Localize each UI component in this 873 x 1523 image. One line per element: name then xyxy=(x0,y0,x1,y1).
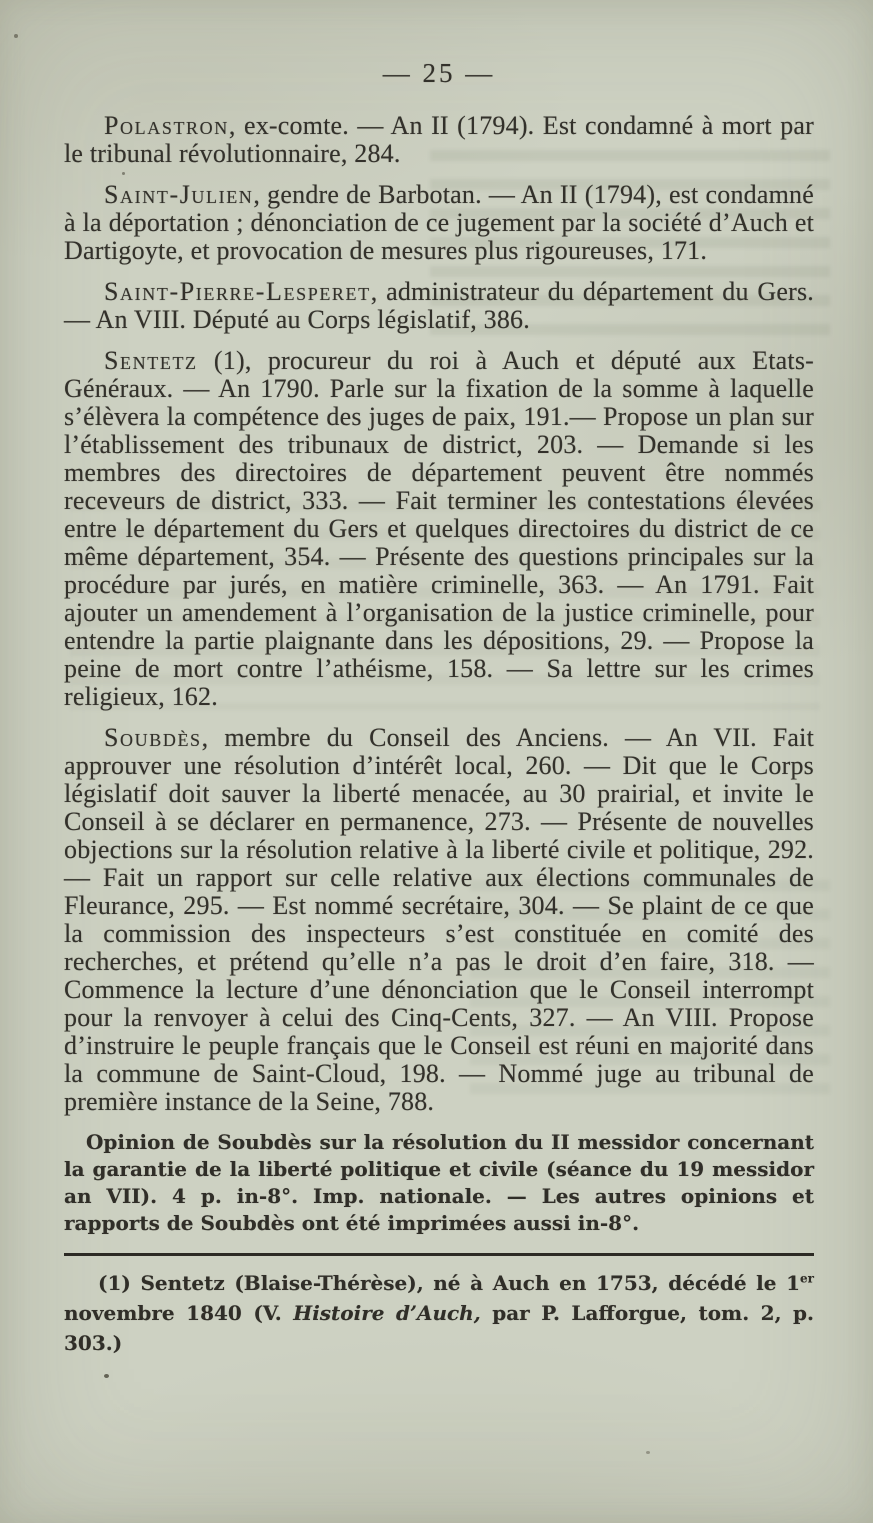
entry-text: (1), procureur du roi à Auch et député a… xyxy=(64,346,814,711)
index-entry-sentetz: Sentetz (1), procureur du roi à Auch et … xyxy=(64,347,814,711)
entry-name: Saint-Pierre-Lesperet xyxy=(104,277,371,306)
paper-speck xyxy=(646,1451,650,1454)
entry-name: Sentetz xyxy=(104,346,198,375)
paper-speck xyxy=(14,34,18,38)
footnote-text: novembre 1840 (V. xyxy=(64,1301,293,1325)
text-block: — 25 — Polastron, ex-comte. — An II (179… xyxy=(64,58,814,1358)
entry-name: Saint-Julien xyxy=(104,180,253,209)
index-entry-polastron: Polastron, ex-comte. — An II (1794). Est… xyxy=(64,112,814,168)
index-entry-saint-julien: Saint-Julien, gendre de Barbotan. — An I… xyxy=(64,181,814,265)
book-page-scan: — 25 — Polastron, ex-comte. — An II (179… xyxy=(0,0,873,1523)
entry-name: Soubdès xyxy=(104,723,202,752)
index-entry-soubdes: Soubdès, membre du Conseil des Anciens. … xyxy=(64,724,814,1116)
entry-text: , membre du Conseil des Anciens. — An VI… xyxy=(64,723,814,1116)
footnote-superscript: er xyxy=(800,1271,814,1285)
footnote-work-title: Histoire d’Auch, xyxy=(293,1301,480,1325)
index-entry-saint-pierre-lesperet: Saint-Pierre-Lesperet, administrateur du… xyxy=(64,278,814,334)
page-number: — 25 — xyxy=(64,58,814,88)
footnote: (1) Sentetz (Blaise-Thérèse), né à Auch … xyxy=(64,1268,814,1358)
footnote-text: (1) Sentetz (Blaise-Thérèse), né à Auch … xyxy=(98,1271,800,1295)
entry-name: Polastron xyxy=(104,111,229,140)
bibliographic-note: Opinion de Soubdès sur la résolution du … xyxy=(64,1129,814,1237)
footnote-separator-rule xyxy=(64,1253,814,1256)
paper-speck xyxy=(104,1374,109,1378)
